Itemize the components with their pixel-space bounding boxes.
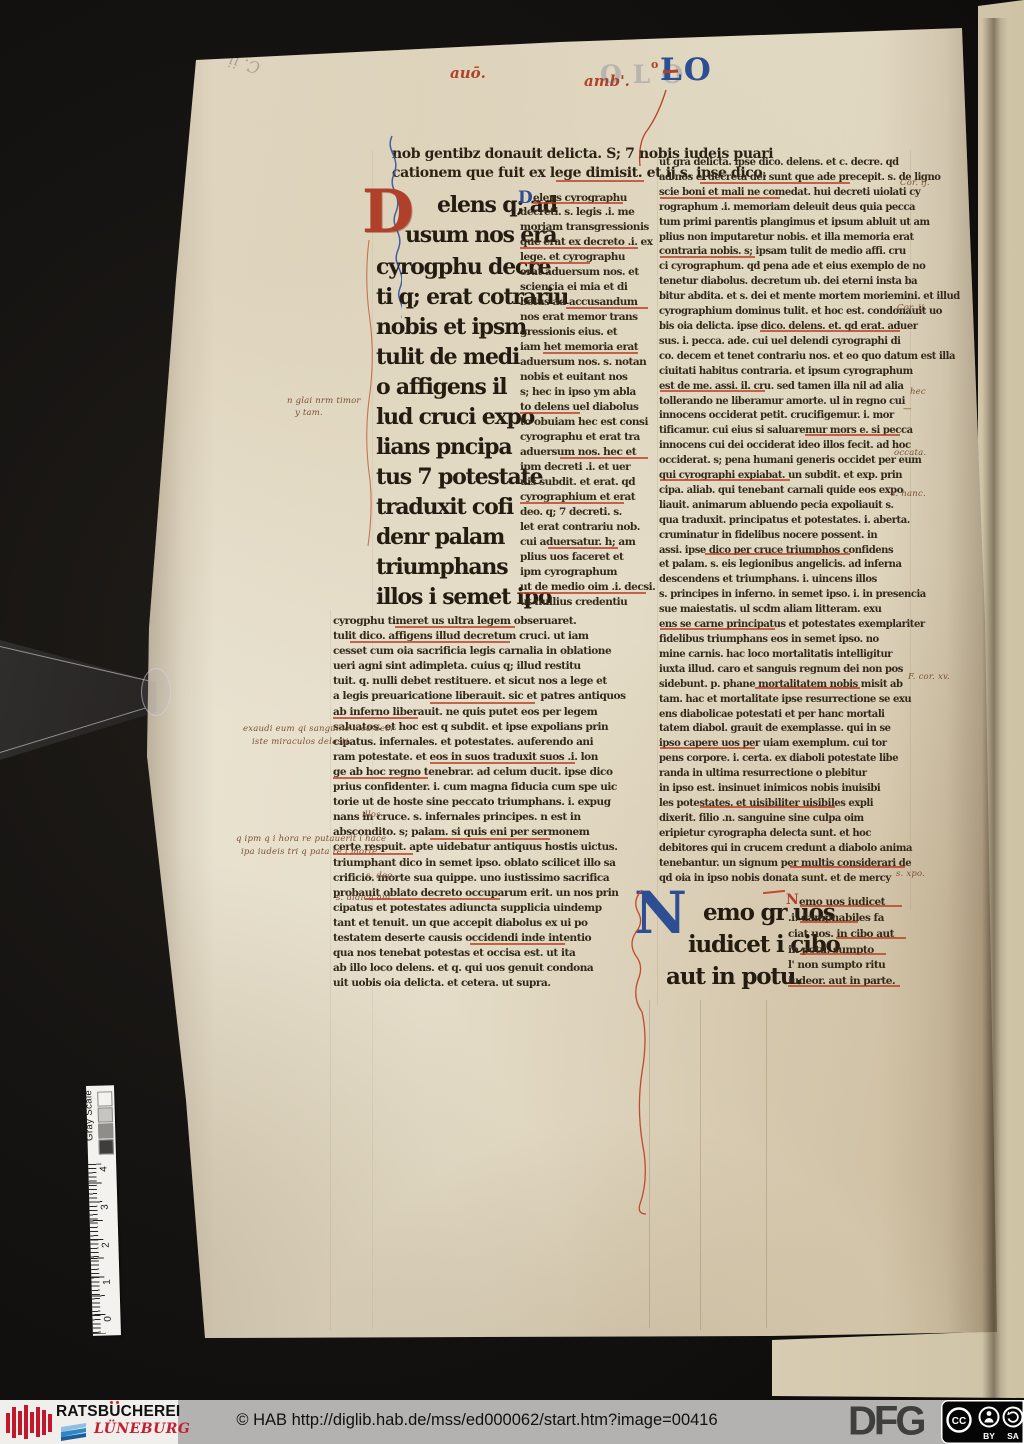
grayscale-label: Gray Scale — [83, 1090, 98, 1141]
text-line: qua nos tenebat potestas et occisa est. … — [333, 946, 626, 961]
text-line: co. decem et tenet contrariu nos. et eo … — [659, 350, 960, 365]
text-line: ci cyrographum. qd pena ade et eius exem… — [659, 260, 960, 275]
text-line: qui cyrographi expiabat. un subdit. et e… — [659, 469, 960, 484]
margin-note: Cor. ij. — [897, 303, 927, 313]
margin-note: F. cor. xv. — [908, 672, 950, 682]
text-line: prius confidenter. i. cum magna fiducia … — [333, 780, 626, 795]
sa-label: SA — [1007, 1431, 1019, 1441]
rubric-underline — [365, 898, 500, 900]
grayscale-patch — [98, 1107, 113, 1122]
rubric-underline — [430, 838, 550, 840]
text-line: eripietur cyrographa delecta sunt. et ho… — [659, 827, 960, 842]
text-line: s; hec in ipso ym abla — [520, 385, 655, 400]
text-line: debitores qui in crucem credunt a diabol… — [659, 842, 960, 857]
gloss-block-lower: cyrogphu timeret us ultra legem obseruar… — [333, 614, 626, 991]
rubric-underline — [333, 717, 418, 719]
rubric-underline — [333, 853, 413, 855]
grayscale-patch — [99, 1139, 114, 1154]
ruler-number: 1 — [102, 1279, 113, 1285]
text-line: tum primi parentis plangimus et ipsum ab… — [659, 216, 960, 231]
rubric-underline — [533, 202, 623, 204]
ruling-line — [657, 150, 658, 1005]
text-line: qua traduxit. principatus et potestates.… — [659, 514, 960, 529]
text-line: tant et tenuit. un que accepit diabolus … — [333, 916, 626, 931]
text-line: contraria nobis. s; ipsam tulit de medio… — [659, 245, 960, 260]
margin-note: iste miraculos delasti. — [252, 737, 351, 747]
margin-note: hec — [910, 387, 926, 397]
margin-note: ipa iudeis tri q pata re i morte. — [241, 847, 380, 857]
text-line: .i. dampnabiles fa — [788, 911, 895, 927]
grayscale-ruler: Gray Scale 4 3 2 1 0 — [86, 1085, 121, 1336]
sa-arrow-head — [1007, 1412, 1010, 1416]
text-line: rographum .i. memoriam deleuit deus quia… — [659, 201, 960, 216]
text-line: ipso capere uos per uiam exemplum. cui t… — [659, 737, 960, 752]
by-person-body — [985, 1418, 994, 1423]
text-line: erat aduersum nos. et — [520, 265, 655, 280]
text-line: iudeor. aut in parte. — [788, 974, 895, 990]
text-line: sus. i. pecca. ade. cui uel delendi cyro… — [659, 335, 960, 350]
gloss-line: elens cyrographu — [533, 191, 627, 206]
rubric-underline — [788, 985, 900, 987]
rubric-underline — [660, 747, 755, 749]
text-line: uis subdit. et erat. qd — [520, 475, 655, 490]
text-line: ut nullius credentiu — [520, 595, 655, 610]
by-person-icon — [980, 1408, 999, 1427]
margin-note: q ipm q i hora re putauerit i hace — [236, 834, 386, 844]
library-name-part: U — [109, 1403, 120, 1420]
ruler-number: 3 — [100, 1204, 111, 1210]
lemma-line: aut in potu. — [666, 963, 802, 990]
rubric-underline — [660, 390, 765, 392]
margin-note: n glai nrm timor — [287, 396, 361, 406]
ruler-number: 0 — [103, 1316, 114, 1322]
text-line: let erat contrariu nob. — [520, 520, 655, 535]
rubric-underline — [350, 641, 510, 643]
text-line: ciat uos. in cibo aut — [788, 927, 895, 943]
rubric-underline — [836, 937, 906, 939]
rubric-underline — [660, 197, 780, 199]
text-line: triumphant dico in semet ipso. oblato sc… — [333, 856, 626, 871]
rubric-underline — [520, 247, 638, 249]
library-name-part: CHEREI — [121, 1403, 181, 1420]
rubric-underline — [800, 953, 886, 955]
initial-N-red-filigree — [626, 886, 666, 1216]
rubric-underline — [520, 502, 624, 504]
text-line: deo. q; 7 decreti. s. — [520, 505, 655, 520]
text-line: pens corpore. i. certa. ex diaboli potes… — [659, 752, 960, 767]
grayscale-patch — [97, 1091, 112, 1106]
text-line: cipatus. infernales. et potestates. aufe… — [333, 735, 626, 750]
margin-note: Cor. ij. — [900, 178, 930, 188]
text-line: torie ut de hoste sine peccato triumphan… — [333, 795, 626, 810]
text-line: cruminatur in fidelibus nocere possent. … — [659, 529, 960, 544]
ruler-number: 2 — [101, 1242, 112, 1248]
by-label: BY — [983, 1431, 995, 1441]
text-line: descendens et triumphans. i. uincens ill… — [659, 573, 960, 588]
text-line: ipm cyrographum — [520, 565, 655, 580]
text-line: assi. ipse dico per cruce triumphos conf… — [659, 544, 960, 559]
lueneburg-book-icon — [60, 1423, 90, 1441]
text-line: in potu. sumpto — [788, 943, 895, 959]
rubric-stroke — [763, 890, 785, 894]
rubric-underline — [470, 943, 565, 945]
text-line: et palam. s. eis legionibus angelicis. a… — [659, 558, 960, 573]
library-city: LÜNEBURG — [94, 1421, 190, 1437]
cc-by-sa-icons: CC BY SA — [941, 1400, 1024, 1444]
text-line: ciuitati habitus contraria. et ipsum cyr… — [659, 365, 960, 380]
text-line: tenetur diabolus. decretum ub. dei etern… — [659, 275, 960, 290]
text-line: liauit. animarum abluendo pecia expoliau… — [659, 499, 960, 514]
text-line: l' non sumpto ritu — [788, 958, 895, 974]
text-line: tuit. q. nulli debet restituere. et sicu… — [333, 674, 626, 689]
image-attribution-caption: © HAB http://diglib.hab.de/mss/ed000062/… — [190, 1411, 764, 1430]
gloss-initial-N: N — [786, 892, 799, 908]
rubric-underline — [800, 905, 902, 907]
text-line: bis oia delicta. ipse dico. delens. et. … — [659, 320, 960, 335]
rubric-underline — [660, 479, 790, 481]
text-line: fidelibus triumphans eos in semet ipso. … — [659, 633, 960, 648]
initial-red-extension — [362, 240, 376, 550]
text-line: ab illo loco delens. et q. qui uos genui… — [333, 961, 626, 976]
dfg-logo: DFG — [848, 1399, 923, 1444]
text-line: les potestates. et uisibiliter uisibiles… — [659, 797, 960, 812]
cc-license-badge: CC BY SA — [941, 1400, 1024, 1444]
rubric-underline — [660, 628, 775, 630]
sa-arrow-icon — [1004, 1408, 1023, 1427]
ruler-number: 4 — [99, 1166, 110, 1172]
text-line: plius non imputaretur nobis. et illa mem… — [659, 231, 960, 246]
margin-note: s. deo. — [366, 871, 395, 881]
text-line: plius uos faceret et — [520, 550, 655, 565]
rubric-underline — [548, 547, 618, 549]
rubric-underline — [660, 256, 755, 258]
text-line: in ipso est. insinuet inimicos nobis inu… — [659, 782, 960, 797]
header-monogram-superscript: o — [651, 58, 658, 71]
text-line: tatem diabol. grauit de exemplasse. qui … — [659, 722, 960, 737]
text-line: ipm decreti .i. et uer — [520, 460, 655, 475]
rubric-underline — [543, 352, 638, 354]
rubric-underline — [790, 866, 905, 868]
ruling-line — [649, 1000, 650, 1328]
text-line: tificamur. cui eius si saluaremur mors e… — [659, 424, 960, 439]
rubric-underline — [705, 553, 850, 555]
running-header-left: auō. — [450, 64, 486, 82]
gloss-column-right: ut gra delicta. ipse dico. delens. et c.… — [659, 156, 960, 886]
ruling-line — [766, 1000, 767, 1328]
rubric-underline — [800, 921, 858, 923]
text-line: cipatus et potestates adiuncta supplicia… — [333, 901, 626, 916]
grayscale-patch — [98, 1123, 113, 1138]
text-line: decreti. s. legis .i. me — [520, 205, 655, 220]
text-line: aduersum nos. s. notan — [520, 355, 655, 370]
ratsbuecherei-bars-icon — [5, 1404, 55, 1441]
text-line: cyrographu et erat tra — [520, 430, 655, 445]
ruling-line — [330, 610, 331, 1330]
text-line: innocens occiderat petit. crucifigemur. … — [659, 409, 960, 424]
pencil-folio-mark: C. ii — [226, 52, 262, 78]
rubric-underline — [333, 777, 428, 779]
text-line: tam. hac et mortalitate ipse resurrectio… — [659, 693, 960, 708]
rubric-underline — [556, 180, 644, 182]
ruling-line — [372, 150, 373, 1330]
rubric-underline — [430, 702, 535, 704]
text-line: sciencia ei mia et di — [520, 280, 655, 295]
rubric-underline — [520, 592, 646, 594]
rubric-underline — [755, 687, 860, 689]
text-line: randa in ultima resurrectione o plebitur — [659, 767, 960, 782]
text-line: ut gra delicta. ipse dico. delens. et c.… — [659, 156, 960, 171]
margin-note: s. hanc. — [891, 489, 926, 499]
text-line: ens diabolicae potestati et per hanc mor… — [659, 708, 960, 723]
text-line: cesset cum oia sacrificia legis carnalia… — [333, 644, 626, 659]
ruling-line — [910, 150, 911, 910]
manuscript-page: C. ii auō. amb'. OLO o LO nob gentibz do… — [0, 0, 1024, 1444]
gloss-nemo-inner: .i. dampnabiles faciat uos. in cibo auti… — [788, 911, 895, 990]
page-holder-tip-loop — [141, 668, 171, 716]
text-line: gressionis eius. et — [520, 325, 655, 340]
text-line: ens se carne principatus et potestates e… — [659, 618, 960, 633]
library-name-umlaut-u: U — [109, 1403, 120, 1420]
rubric-underline — [805, 434, 900, 436]
text-line: sue maiestatis. ul scdm aliam litteram. … — [659, 603, 960, 618]
text-line: uit uobis oia delicta. et cetera. ut sup… — [333, 976, 626, 991]
library-name: RATSBUCHEREI — [56, 1403, 180, 1421]
rubric-underline — [520, 262, 590, 264]
text-line: moriam transgressionis — [520, 220, 655, 235]
margin-note: y tam. — [295, 408, 323, 418]
rubric-underline — [566, 307, 648, 309]
gloss-column-inner: decreti. s. legis .i. memoriam transgres… — [520, 205, 655, 610]
library-name-part: RATSB — [56, 1403, 109, 1420]
cc-icon-label: CC — [952, 1416, 966, 1427]
attribution-footer: RATSBUCHEREI LÜNEBURG © HAB http://digli… — [0, 1400, 1024, 1444]
rubric-underline — [520, 412, 580, 414]
by-person-head — [987, 1411, 992, 1416]
text-line: ueri agni sint adimpleta. cuius q; illud… — [333, 659, 626, 674]
rubric-underline — [560, 457, 648, 459]
rubric-underline — [395, 626, 515, 628]
text-line: dixerit. filio .n. sanguine sine culpa o… — [659, 812, 960, 827]
page-fold-shadow — [982, 18, 1008, 1398]
digitized-manuscript-photo: { "scene": { "folio_mark_pencil": "C. ii… — [0, 0, 1024, 1444]
rubric-underline — [760, 330, 900, 332]
rubric-underline — [430, 762, 575, 764]
ruling-line — [700, 1000, 701, 1330]
text-line: to obuiam hec est consi — [520, 415, 655, 430]
text-line: nobis et euitant nos — [520, 370, 655, 385]
rubric-underline — [700, 182, 850, 184]
text-line: mine carnis. hac loco mortalitatis intel… — [659, 648, 960, 663]
rubric-underline — [700, 806, 835, 808]
text-line: nos erat memor trans — [520, 310, 655, 325]
gloss-line: emo uos iudicet — [799, 895, 885, 911]
text-line: s. principes in inferno. in semet ipso. … — [659, 588, 960, 603]
